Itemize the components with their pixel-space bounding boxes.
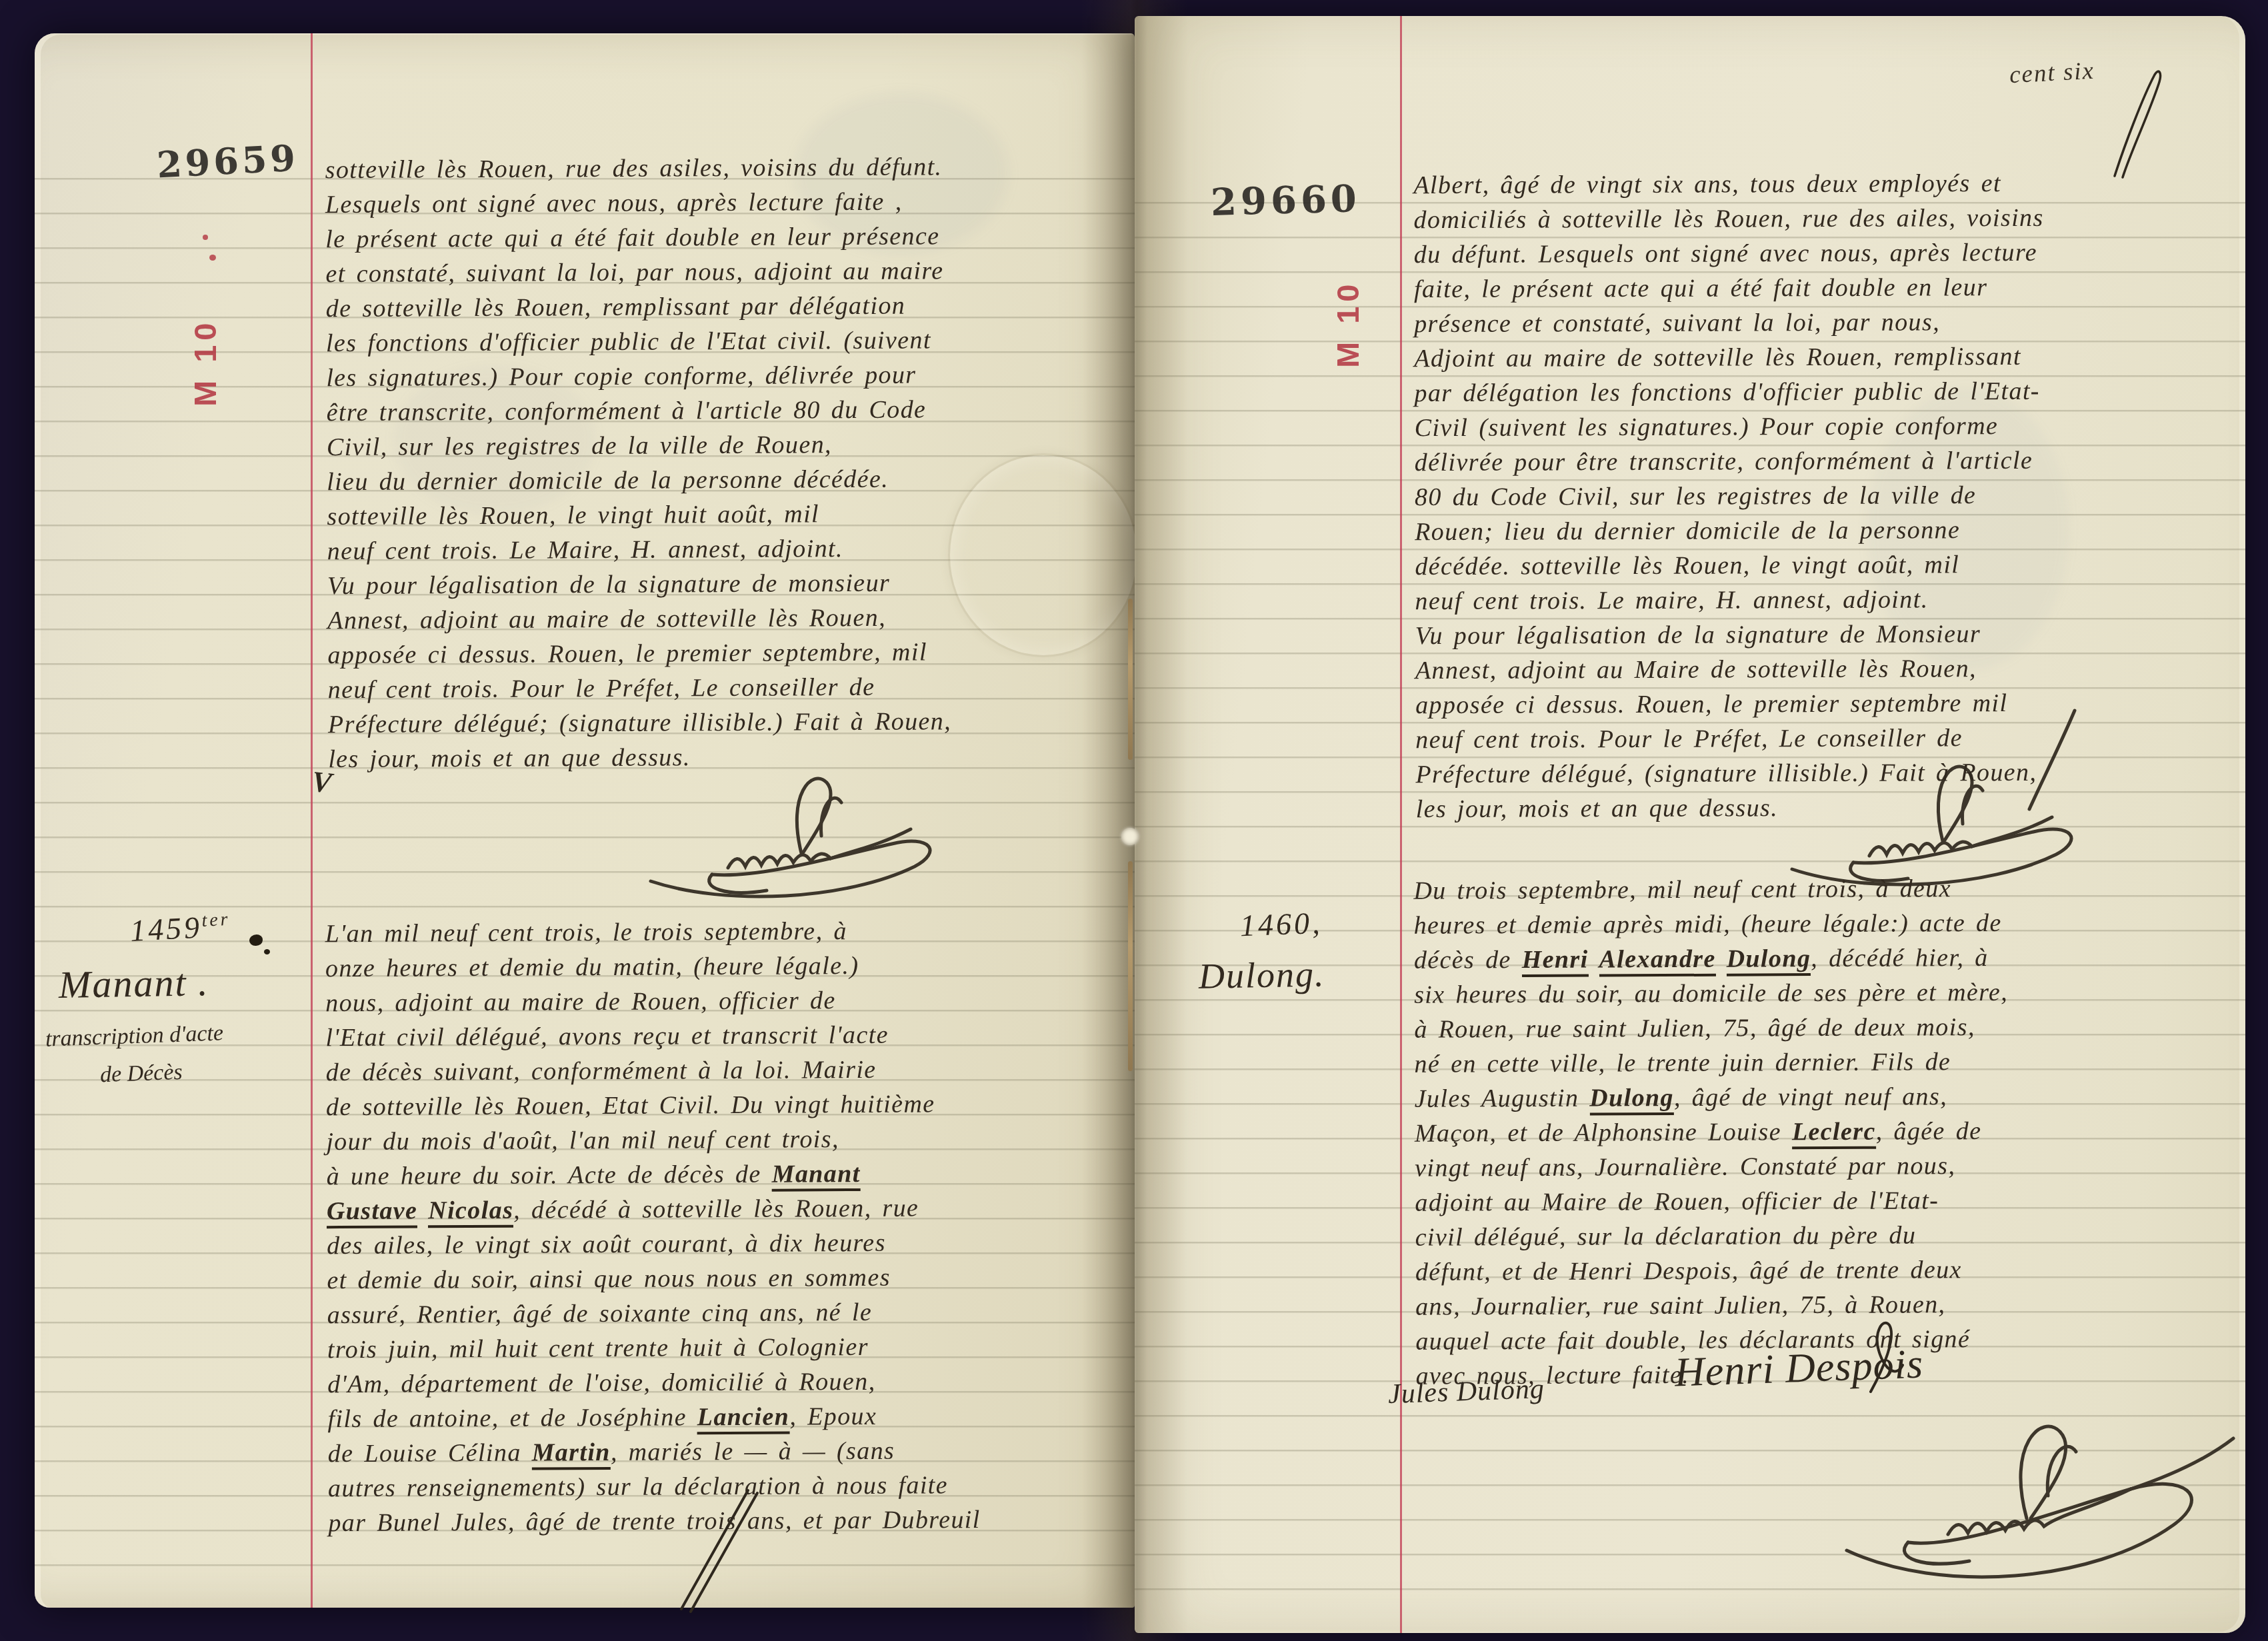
manuscript-line: des ailes, le vingt six août courant, à … — [327, 1224, 1133, 1263]
pen-slash-mark — [2104, 67, 2171, 180]
ink-blot — [249, 934, 263, 946]
official-signature-flourish — [627, 764, 973, 910]
manuscript-line: de décès suivant, conformément à la loi.… — [326, 1051, 1133, 1090]
manuscript-line: assuré, Rentier, âgé de soixante cinq an… — [327, 1294, 1134, 1332]
manuscript-line: à Rouen, rue saint Julien, 75, âgé de de… — [1414, 1008, 2241, 1046]
underlined-name: Nicolas — [428, 1196, 513, 1228]
manuscript-line: les signatures.) Pour copie conforme, dé… — [326, 357, 1133, 395]
manuscript-line: Annest, adjoint au maire de sotteville l… — [327, 599, 1134, 638]
manuscript-line: Vu pour légalisation de la signature de … — [1415, 616, 2242, 653]
red-stamp-dot — [209, 255, 216, 261]
manuscript-line: et constaté, suivant la loi, par nous, a… — [325, 253, 1132, 291]
manuscript-line: Rouen; lieu du dernier domicile de la pe… — [1415, 512, 2241, 549]
manuscript-line: Jules Augustin Dulong, âgé de vingt neuf… — [1415, 1078, 2241, 1116]
registry-number-stamp: 29659 — [155, 136, 299, 186]
declarant-signature: Henri Despois — [1674, 1341, 1924, 1397]
underlined-name: Dulong — [1589, 1084, 1674, 1116]
manuscript-line: par délégation les fonctions d'officier … — [1414, 373, 2241, 411]
manuscript-line: Vu pour légalisation de la signature de … — [327, 565, 1134, 603]
manuscript-line: Préfecture délégué; (signature illisible… — [328, 703, 1135, 742]
manuscript-line: jour du mois d'août, l'an mil neuf cent … — [326, 1120, 1133, 1159]
manuscript-line: à une heure du soir. Acte de décès de Ma… — [326, 1155, 1133, 1194]
manuscript-line: Albert, âgé de vingt six ans, tous deux … — [1413, 165, 2240, 203]
manuscript-line: fils de antoine, et de Joséphine Lancien… — [327, 1398, 1134, 1436]
manuscript-line: civil délégué, sur la déclaration du pèr… — [1415, 1216, 2242, 1254]
manuscript-line: sotteville lès Rouen, rue des asiles, vo… — [325, 149, 1132, 187]
act-type-annotation: de Décès — [99, 1060, 183, 1088]
manuscript-act-text: L'an mil neuf cent trois, le trois septe… — [325, 912, 1135, 1540]
manuscript-line: l'Etat civil délégué, avons reçu et tran… — [325, 1016, 1132, 1055]
manuscript-line: décédée. sotteville lès Rouen, le vingt … — [1415, 547, 2241, 584]
manuscript-line: neuf cent trois. Le Maire, H. annest, ad… — [327, 530, 1134, 569]
manuscript-line: de Louise Célina Martin, mariés le — à —… — [328, 1432, 1135, 1471]
underlined-name: Manant — [772, 1160, 861, 1192]
manuscript-line: défunt, et de Henri Despois, âgé de tren… — [1415, 1251, 2242, 1289]
manuscript-line: ans, Journalier, rue saint Julien, 75, à… — [1415, 1286, 2242, 1324]
folio-number: cent six — [2009, 57, 2095, 90]
manuscript-line: 80 du Code Civil, sur les registres de l… — [1415, 477, 2241, 515]
underlined-name: Dulong — [1727, 944, 1811, 976]
manuscript-line: domiciliés à sotteville lès Rouen, rue d… — [1413, 200, 2240, 237]
manuscript-line: faite, le présent acte qui a été fait do… — [1414, 269, 2241, 307]
red-series-stamp: M 10 — [187, 287, 223, 407]
manuscript-line: Civil (suivent les signatures.) Pour cop… — [1415, 408, 2241, 445]
register-spread: 29659 M 10 1459ter Manant . transcriptio… — [0, 0, 2268, 1641]
manuscript-line: neuf cent trois. Pour le Préfet, Le cons… — [328, 669, 1135, 707]
manuscript-act-text: Du trois septembre, mil neuf cent trois,… — [1413, 870, 2242, 1393]
manuscript-line: sotteville lès Rouen, le vingt huit août… — [327, 495, 1133, 534]
underlined-name: Martin — [532, 1438, 611, 1470]
manuscript-line: les fonctions d'officier public de l'Eta… — [326, 322, 1133, 361]
official-signature-flourish — [1807, 1408, 2247, 1608]
underlined-name: Gustave — [327, 1196, 418, 1228]
manuscript-line: le présent acte qui a été fait double en… — [325, 218, 1132, 257]
manuscript-line: vingt neuf ans, Journalière. Constaté pa… — [1415, 1147, 2241, 1185]
manuscript-line: adjoint au Maire de Rouen, officier de l… — [1415, 1182, 2241, 1220]
manuscript-line: Maçon, et de Alphonsine Louise Leclerc, … — [1415, 1112, 2241, 1150]
deceased-name-annotation: Manant . — [58, 960, 209, 1007]
manuscript-line: Adjoint au maire de sotteville lès Rouen… — [1414, 339, 2241, 376]
red-margin-line — [311, 33, 313, 1608]
manuscript-line: Civil, sur les registres de la ville de … — [327, 426, 1133, 465]
underlined-name: Lancien — [697, 1403, 790, 1435]
manuscript-line: décès de Henri Alexandre Dulong, décédé … — [1414, 939, 2241, 977]
manuscript-line: heures et demie après midi, (heure légal… — [1414, 904, 2241, 942]
ink-blot — [264, 949, 270, 954]
underlined-name: Alexandre — [1599, 945, 1715, 977]
manuscript-act-text: sotteville lès Rouen, rue des asiles, vo… — [325, 149, 1135, 777]
red-series-stamp: M 10 — [1329, 255, 1366, 368]
underlined-name: Leclerc — [1792, 1118, 1876, 1150]
manuscript-line: être transcrite, conformément à l'articl… — [326, 391, 1133, 430]
act-number: 1459 — [129, 910, 203, 948]
manuscript-line: de sotteville lès Rouen, Etat Civil. Du … — [326, 1086, 1133, 1124]
manuscript-line: délivrée pour être transcrite, conformém… — [1415, 443, 2241, 480]
manuscript-line: d'Am, département de l'oise, domicilié à… — [327, 1363, 1134, 1402]
manuscript-line: L'an mil neuf cent trois, le trois septe… — [325, 912, 1132, 951]
act-number-annotation: 1460, — [1239, 905, 1323, 943]
manuscript-line: lieu du dernier domicile de la personne … — [327, 461, 1133, 499]
manuscript-line: et demie du soir, ainsi que nous nous en… — [327, 1259, 1133, 1298]
manuscript-line: apposée ci dessus. Rouen, le premier sep… — [327, 634, 1134, 673]
manuscript-line: Gustave Nicolas, décédé à sotteville lès… — [327, 1190, 1133, 1228]
declarant-signature: Jules Dulong — [1387, 1373, 1545, 1410]
manuscript-line: onze heures et demie du matin, (heure lé… — [325, 947, 1132, 986]
manuscript-line: présence et constaté, suivant la loi, pa… — [1414, 304, 2241, 341]
manuscript-line: neuf cent trois. Le maire, H. annest, ad… — [1415, 581, 2241, 619]
act-number-suffix: ter — [201, 909, 231, 931]
margin-checkmark: V — [310, 765, 333, 801]
manuscript-line: trois juin, mil huit cent trente huit à … — [327, 1328, 1134, 1367]
left-page: 29659 M 10 1459ter Manant . transcriptio… — [35, 33, 1135, 1608]
manuscript-line: Du trois septembre, mil neuf cent trois,… — [1413, 870, 2240, 908]
right-page: 29660 M 10 cent six 1460, Dulong. Albert… — [1135, 16, 2245, 1633]
red-stamp-dot — [203, 235, 208, 240]
registry-number-stamp: 29660 — [1210, 177, 1361, 225]
manuscript-line: né en cette ville, le trente juin dernie… — [1414, 1043, 2241, 1081]
manuscript-line: de sotteville lès Rouen, remplissant par… — [326, 287, 1133, 326]
manuscript-line: Annest, adjoint au Maire de sotteville l… — [1415, 651, 2242, 688]
deceased-name-annotation: Dulong. — [1198, 953, 1325, 996]
manuscript-line: Lesquels ont signé avec nous, après lect… — [325, 183, 1132, 222]
manuscript-line: six heures du soir, au domicile de ses p… — [1414, 974, 2241, 1012]
manuscript-line: nous, adjoint au maire de Rouen, officie… — [325, 982, 1132, 1020]
continuation-slash-mark — [669, 1481, 776, 1614]
act-number-annotation: 1459ter — [129, 908, 232, 948]
manuscript-line: du défunt. Lesquels ont signé avec nous,… — [1414, 235, 2241, 272]
underlined-name: Henri — [1522, 946, 1589, 977]
